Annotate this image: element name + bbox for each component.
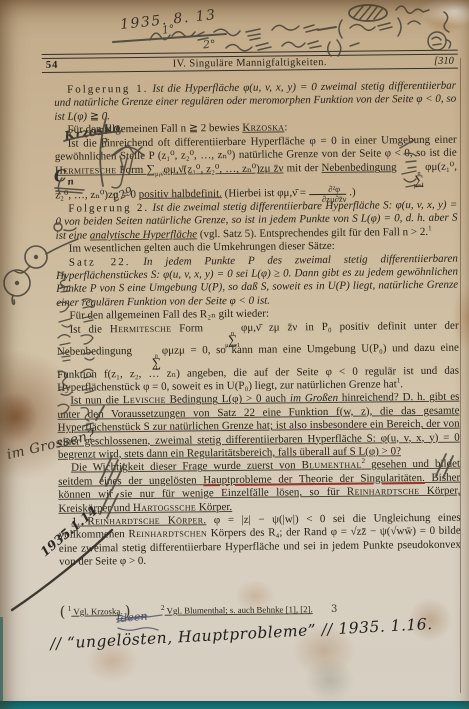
handwritten-degree-2: 2° bbox=[203, 38, 216, 52]
text-run: Form bbox=[171, 322, 211, 334]
formula-text: φμ,ν̄(z₁⁰, z₂⁰, …, zₙ⁰)zμ z̄ν bbox=[164, 163, 284, 176]
text-run: mit der bbox=[283, 162, 321, 174]
handwritten-3: 3 bbox=[331, 604, 337, 615]
name-levi: Levische bbox=[123, 394, 166, 406]
paragraph-levi-question: Ist nun die Levische Bedingung L(φ) > 0 … bbox=[57, 391, 460, 462]
page-edge-line bbox=[460, 58, 462, 693]
name-blumenthal: Blumenthal bbox=[301, 459, 361, 472]
text-run: Bedingung L(φ) > 0 auch bbox=[166, 393, 290, 406]
text-run: Im wesentlichen gelten auch die Umkehrun… bbox=[69, 240, 335, 255]
scribbled-oval bbox=[349, 5, 429, 21]
paragraph-satz-22: Satz 22. In jedem Punkte P des zweimal s… bbox=[56, 252, 459, 310]
text-run: Ist nun die bbox=[70, 394, 123, 407]
folio-number: [310 bbox=[406, 56, 454, 68]
handwritten-cn-symbol: Cn bbox=[53, 165, 74, 189]
slash-marks: // bbox=[50, 634, 68, 653]
text-run: . bbox=[400, 378, 403, 390]
c-symbol: C bbox=[53, 166, 68, 186]
formula-hermitian-sum-2: n∑μ,ν=1 bbox=[212, 332, 240, 344]
phrase-hauptprobleme: Hauptprobleme der Theorie der Singularit… bbox=[203, 472, 425, 486]
folgerung-1-label: Folgerung 1. bbox=[67, 83, 149, 96]
sum-lower-limit: μ=1 bbox=[401, 183, 424, 187]
paragraph-folgerung-1: Folgerung 1. Ist die Hyperfläche φ(u, v,… bbox=[54, 80, 456, 124]
book-page-scan: 54 IV. Singuläre Mannigfaltigkeiten. [31… bbox=[0, 0, 469, 709]
name-krzoska: Krzoska bbox=[242, 122, 284, 134]
name-hermite: Hermitesche bbox=[110, 322, 172, 335]
folgerung-2-label: Folgerung 2. bbox=[68, 202, 149, 215]
sum-symbol: ∑ bbox=[146, 162, 155, 176]
text-run bbox=[397, 162, 400, 174]
paragraph-folgerung-2: Folgerung 2. Ist die zweimal stetig diff… bbox=[55, 199, 457, 243]
sum-subscript: μ,ν̄ bbox=[155, 170, 164, 178]
handwritten-ideen-crossed: Ideen bbox=[115, 609, 148, 625]
text-run: Die Wichtigkeit dieser Frage wurde zuers… bbox=[71, 460, 302, 474]
reinhardt-koerper-label: Reinhardtsche Körper. bbox=[87, 514, 206, 527]
word-nebenbedingung: Nebenbedingung bbox=[321, 162, 396, 175]
phrase-analytische-hyperflaeche: analytische Hyperfläche bbox=[90, 228, 197, 241]
phrase-im-grossen: im Großen bbox=[290, 392, 338, 405]
quoted-phrase: “ungelösten, Hauptprobleme” bbox=[67, 621, 317, 652]
footnote-2-refs: [1], [2]. bbox=[286, 604, 313, 614]
formula-constraint-sum-2: n∑1 bbox=[139, 355, 161, 367]
page-body: Folgerung 1. Ist die Hyperfläche φ(u, v,… bbox=[54, 80, 461, 570]
table-edge-bottom bbox=[0, 701, 469, 709]
paragraph-hermitesche-form-2: Ist die Hermitesche Form n∑μ,ν=1φμ,ν̄ zμ… bbox=[57, 319, 460, 395]
formula-constraint-sum: n∑μ=1 bbox=[401, 172, 425, 184]
handwritten-paren-open: ( bbox=[59, 603, 65, 621]
slash-marks-date: // 1935. 1.16. bbox=[316, 615, 433, 639]
text-run: .) bbox=[346, 186, 355, 198]
text-run: Form bbox=[116, 164, 146, 176]
formula-hermitian-sum: ∑μ,ν̄φμ,ν̄(z₁⁰, z₂⁰, …, zₙ⁰)zμ z̄ν bbox=[146, 163, 283, 176]
text-run: (Hierbei ist φμ,ν̄ = bbox=[222, 187, 309, 200]
name-reinhardt: Reinhardtschen bbox=[128, 528, 207, 541]
text-run: Ist die hinreichend oft differentiierbar… bbox=[55, 133, 457, 163]
text-run: Entsprechendes gilt für den Fall n > 2. bbox=[257, 226, 429, 240]
page-number: 54 bbox=[46, 59, 94, 71]
satz-22-label: Satz 22. bbox=[69, 256, 131, 269]
handwritten-degree-1: 1° bbox=[161, 22, 175, 37]
name-hartogs: Hartogssche bbox=[133, 501, 196, 514]
phrase-positiv-halbdefinit: positiv halbdefinit. bbox=[139, 188, 222, 201]
handwritten-bottom-note: // “ungelösten, Hauptprobleme” // 1935. … bbox=[50, 615, 433, 653]
text-run: Körper. bbox=[196, 501, 232, 513]
table-edge-left bbox=[0, 617, 3, 703]
footnote-2-text: Vgl. Blumenthal; s. auch Behnke bbox=[165, 604, 286, 615]
kang-scribble bbox=[396, 6, 429, 13]
name-reinhardt: Reinhardtsche bbox=[347, 485, 420, 498]
page-header: 54 IV. Singuläre Mannigfaltigkeiten. [31… bbox=[42, 50, 458, 73]
text-run: : bbox=[284, 122, 287, 134]
text-run: (vgl. Satz 5). bbox=[197, 227, 257, 240]
printed-block: 54 IV. Singuläre Mannigfaltigkeiten. [31… bbox=[0, 0, 468, 2]
text-run: Für den allgemeinen Fall des R₂ₙ gilt wi… bbox=[69, 308, 269, 322]
paragraph-reinhardt-koerper: 1. Reinhardtsche Körper. φ = |z| − ψ(|w|… bbox=[59, 512, 462, 570]
text-run: Ist die bbox=[70, 323, 110, 335]
footnote-marker-1: 1 bbox=[428, 224, 432, 232]
c-subscript: n bbox=[67, 177, 75, 188]
paragraph-blumenthal: Die Wichtigkeit dieser Frage wurde zuers… bbox=[58, 458, 461, 516]
formula-partial-derivative: ∂²φ∂zμ∂z̄ν bbox=[309, 185, 347, 198]
